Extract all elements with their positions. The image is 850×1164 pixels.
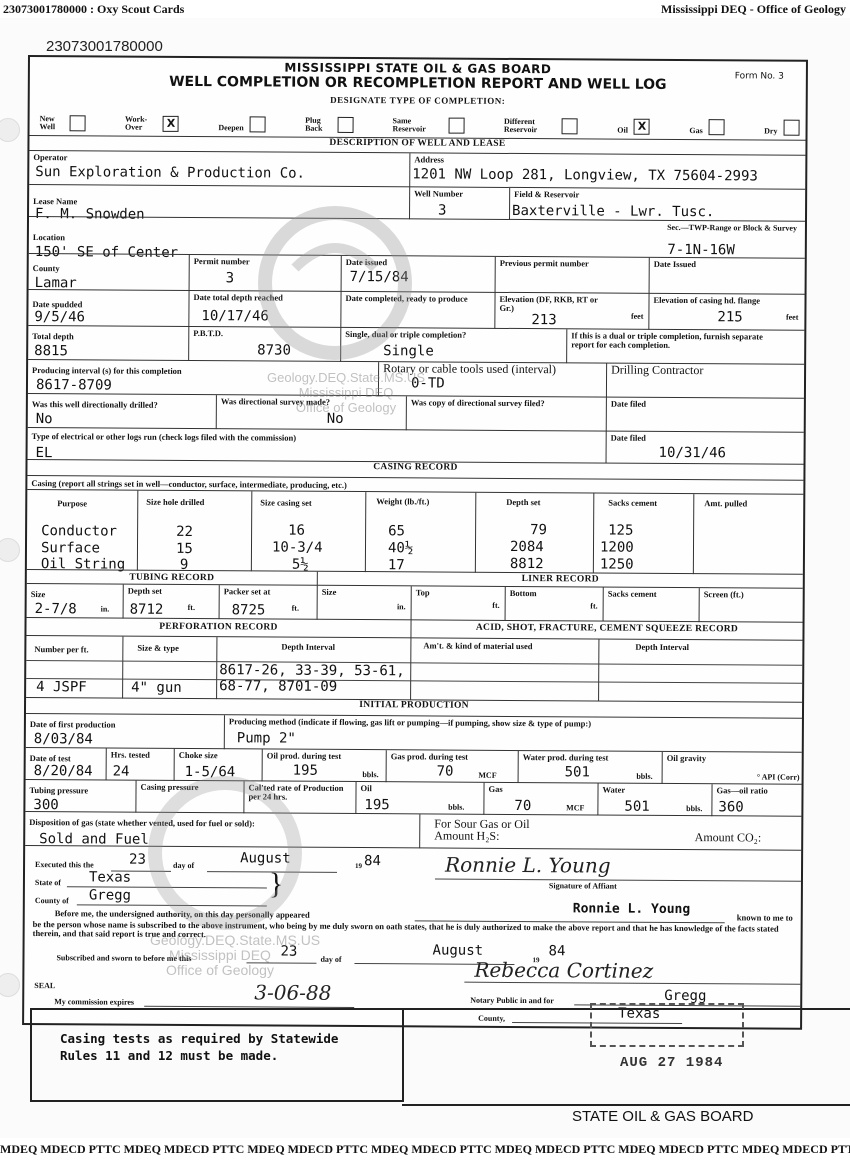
address-field: Address 1201 NW Loop 281, Longview, TX 7…: [409, 153, 805, 189]
form-title: WELL COMPLETION OR RECOMPLETION REPORT A…: [30, 73, 806, 94]
executed-county: Gregg: [89, 888, 131, 902]
checkbox-new-well[interactable]: New Well: [40, 115, 86, 131]
permit-row: CountyLamar Permit number3 Date issued7/…: [29, 253, 805, 295]
logs-value: EL: [36, 446, 53, 460]
perf-size-value: 4" gun: [131, 681, 182, 695]
address-value: 1201 NW Loop 281, Longview, TX 75604-299…: [412, 167, 758, 183]
notary-county: Gregg: [664, 989, 706, 1003]
sworn-year: 84: [548, 944, 565, 958]
notary-signature: Rebecca Cortinez: [474, 958, 653, 983]
checkbox-work-over[interactable]: Work-OverX: [125, 116, 179, 132]
date-filed-value: 10/31/46: [659, 446, 727, 460]
elevation-value: 213: [531, 313, 556, 327]
affiant-name: Ronnie L. Young: [573, 902, 690, 917]
sec-twp-value: 7-1N-16W: [667, 243, 735, 257]
page-header: 23073001780000 : Oxy Scout Cards Mississ…: [0, 0, 850, 18]
test-gas-value: 70: [437, 765, 454, 779]
scanned-document: 23073001780000 MISSISSIPPI STATE OIL & G…: [0, 18, 850, 1138]
header-source: Mississippi DEQ - Office of Geology: [661, 2, 846, 17]
executed-year: 84: [364, 854, 381, 868]
header-title: 23073001780000 : Oxy Scout Cards: [3, 2, 184, 17]
executed-state: Texas: [89, 870, 131, 884]
producing-interval-value: 8617-8709: [36, 378, 112, 392]
checkbox-same-reservoir[interactable]: Same Reservoir: [392, 117, 464, 133]
permit-number-value: 3: [226, 271, 235, 285]
casing-purpose: Conductor: [41, 524, 117, 538]
punch-hole: [0, 118, 20, 142]
punch-hole: [0, 973, 20, 997]
form-number: Form No. 3: [735, 71, 784, 81]
elevation-casing-value: 215: [717, 310, 742, 324]
designate-label: DESIGNATE TYPE OF COMPLETION:: [30, 93, 806, 108]
tubing-depth-value: 8712: [130, 603, 164, 617]
checkbox-gas[interactable]: Gas: [689, 119, 724, 135]
state-board-label: STATE OIL & GAS BOARD: [572, 1108, 753, 1125]
completion-type-row: New Well Work-OverX Deepen Plug Back Sam…: [40, 109, 800, 136]
checkbox-plug-back[interactable]: Plug Back: [305, 117, 353, 133]
watermark-logo-icon: [140, 768, 310, 938]
rate-oil-value: 195: [364, 798, 389, 812]
well-number-value: 3: [438, 204, 447, 218]
perf-number-value: 4 JSPF: [36, 680, 87, 694]
test-water-value: 501: [565, 765, 590, 779]
directional-value: No: [36, 412, 53, 426]
perf-interval-value: 8617-26, 33-39, 53-61,: [219, 663, 405, 678]
test-date-value: 8/20/84: [34, 764, 93, 778]
sworn-month: August: [432, 943, 483, 957]
hours-tested-value: 24: [113, 765, 130, 779]
tubing-size-value: 2-7/8: [35, 602, 77, 616]
tubing-packer-value: 8725: [232, 603, 266, 617]
total-depth-value: 8815: [34, 344, 68, 358]
page-footer: MDEQ MDECD PTTC MDEQ MDECD PTTC MDEQ MDE…: [0, 1142, 850, 1160]
checkbox-different-reservoir[interactable]: Different Reservoir: [504, 118, 578, 134]
received-stamp: AUG 27 1984: [590, 1003, 750, 1093]
producing-method-value: Pump 2": [237, 731, 296, 745]
casing-test-note: Casing tests as required by StatewideRul…: [30, 1008, 404, 1102]
perforation-table: Number per ft.4 JSPF Size & type4" gun D…: [26, 635, 802, 703]
commission-expires: 3-06-88: [254, 980, 331, 1004]
checkbox-deepen[interactable]: Deepen: [218, 116, 265, 132]
location-row: Location 150' SE of Center Sec.—TWP-Rang…: [29, 216, 805, 254]
punch-hole: [0, 538, 20, 562]
document-id: 23073001780000: [46, 38, 163, 55]
field-reservoir-value: Baxterville - Lwr. Tusc.: [512, 204, 714, 219]
rate-water-value: 501: [624, 800, 649, 814]
operator-value: Sun Exploration & Production Co.: [35, 165, 305, 181]
watermark-logo-icon: [255, 188, 415, 378]
rate-gas-value: 70: [514, 799, 531, 813]
casing-table: Purpose Conductor Surface Oil String Siz…: [27, 489, 803, 575]
first-production-value: 8/03/84: [34, 732, 93, 746]
casing-purpose: Surface: [41, 541, 100, 555]
checkbox-oil[interactable]: OilX: [617, 119, 650, 135]
checkbox-dry[interactable]: Dry: [764, 119, 799, 135]
watermark: Geology.DEQ.State.MS.USMississippi DEQOf…: [150, 933, 290, 978]
gas-oil-ratio-value: 360: [718, 800, 743, 814]
date-spudded-value: 9/5/46: [34, 310, 85, 324]
affiant-signature: Ronnie L. Young: [445, 853, 611, 878]
operator-field: Operator Sun Exploration & Production Co…: [29, 151, 409, 187]
dates-row: Date spudded9/5/46 Date total depth reac…: [28, 289, 804, 331]
